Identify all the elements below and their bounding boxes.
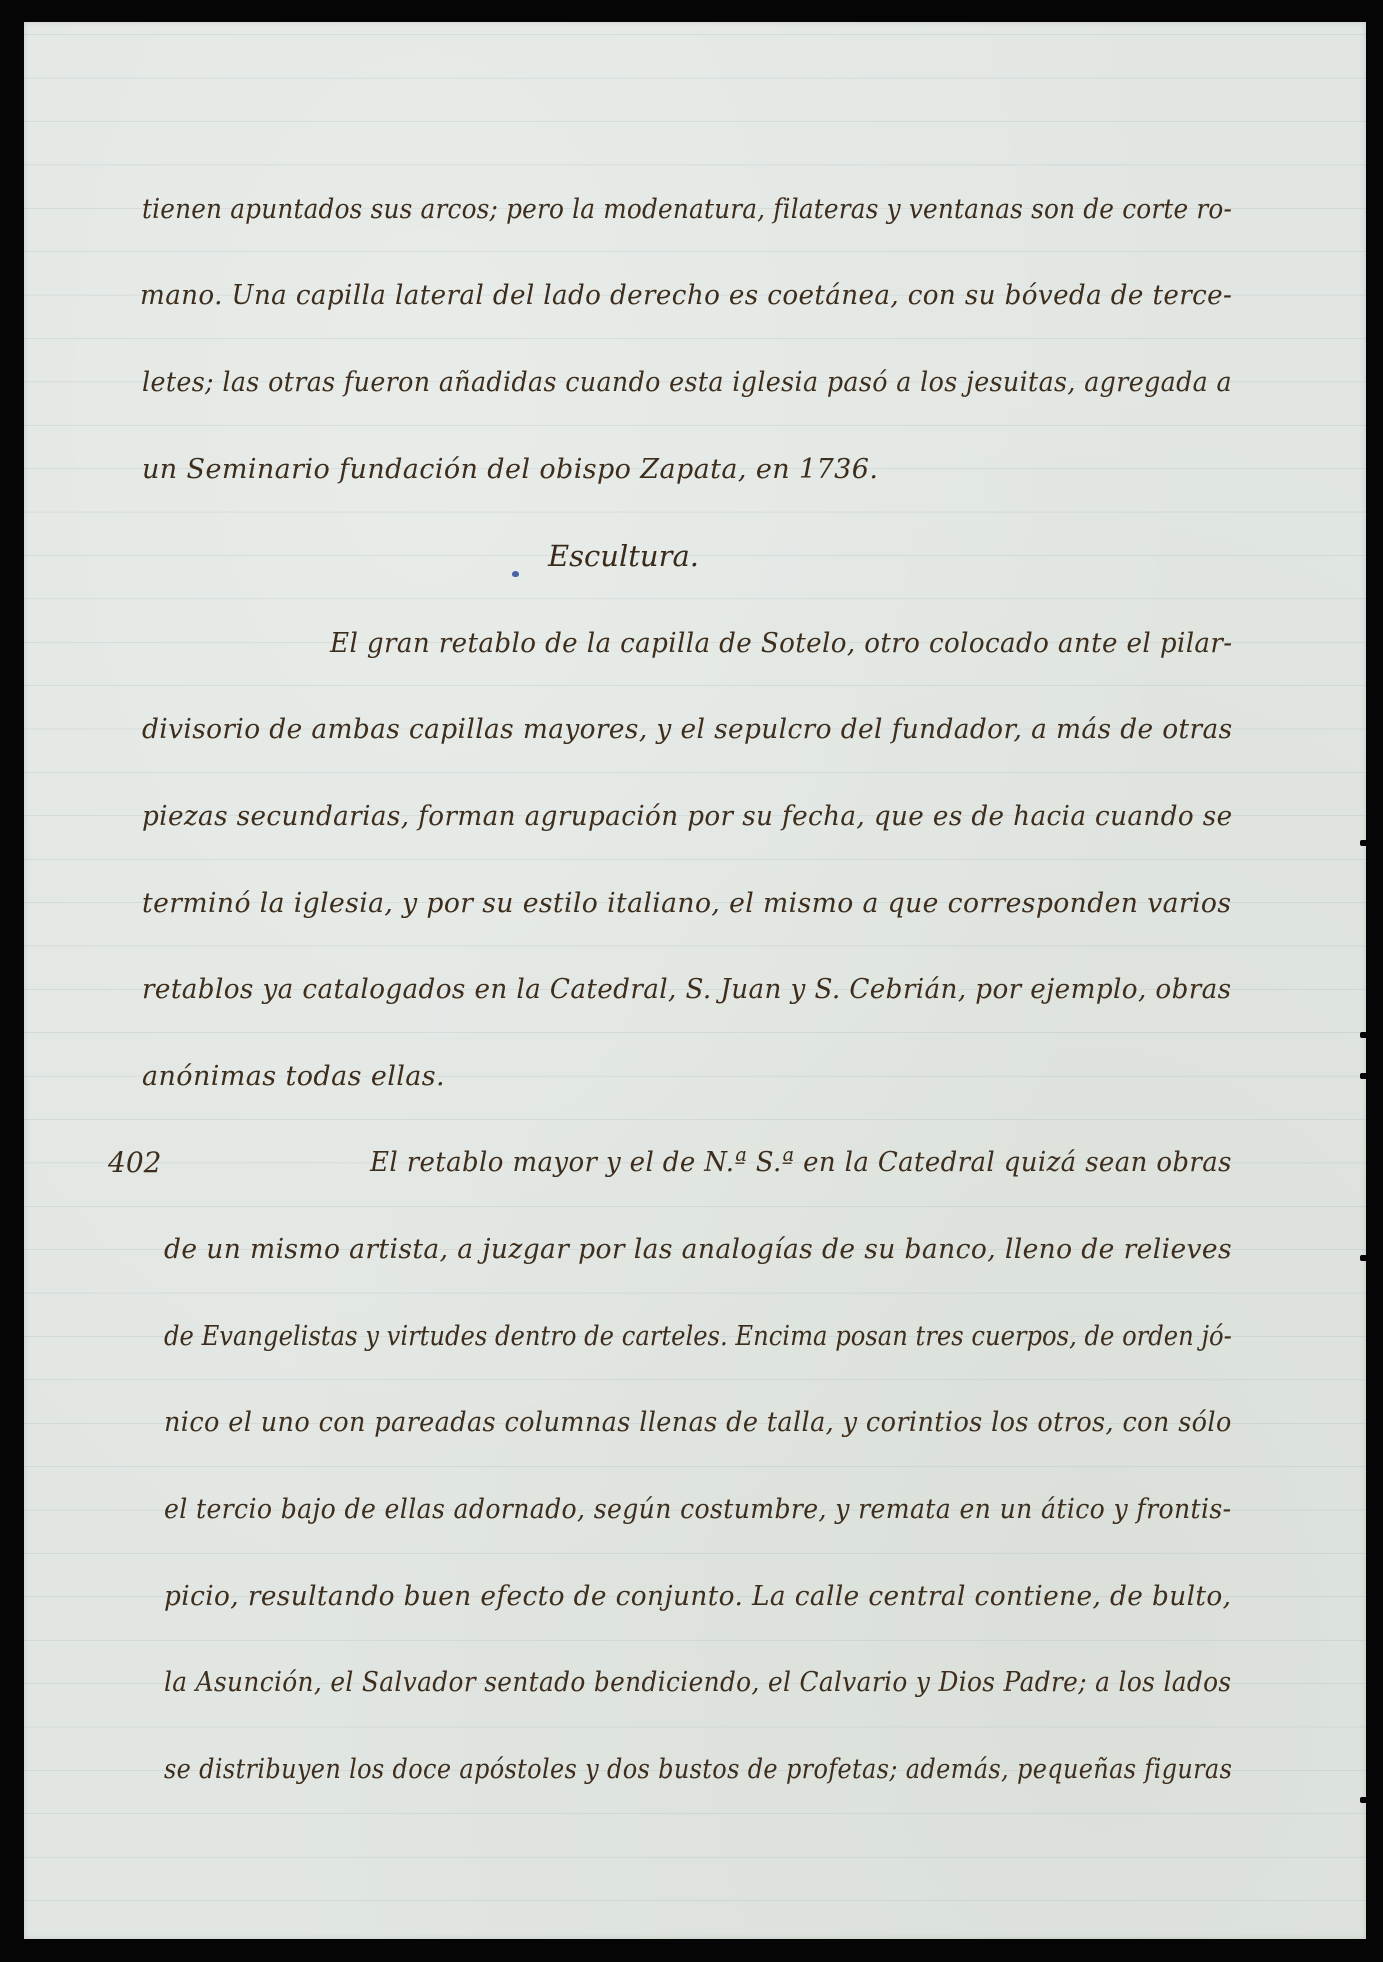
text-line: anónimas todas ellas. [142,1059,445,1095]
edge-notch [1360,1032,1369,1038]
section-heading: Escultura. [548,538,699,574]
text-line: nico el uno con pareadas columnas llenas… [164,1405,1232,1441]
edge-notch [1360,1255,1369,1261]
text-line: mano. Una capilla lateral del lado derec… [140,278,1232,314]
text-line: la Asunción, el Salvador sentado bendici… [164,1665,1232,1701]
margin-page-number: 402 [108,1145,161,1181]
text-line: un Seminario fundación del obispo Zapata… [142,452,878,488]
blue-ink-mark [512,571,519,577]
text-line: picio, resultando buen efecto de conjunt… [164,1579,1231,1615]
text-line: El gran retablo de la capilla de Sotelo,… [330,626,1233,662]
text-line: de un mismo artista, a juzgar por las an… [164,1232,1232,1268]
text-line: el tercio bajo de ellas adornado, según … [164,1492,1231,1528]
edge-notch [1360,1797,1369,1803]
text-line: tienen apuntados sus arcos; pero la mode… [142,192,1232,228]
text-line: retablos ya catalogados en la Catedral, … [142,972,1232,1008]
edge-notch [1360,1073,1369,1079]
text-line: terminó la iglesia, y por su estilo ital… [142,886,1231,922]
text-line: El retablo mayor y el de N.ª S.ª en la C… [370,1145,1232,1181]
text-line: se distribuyen los doce apóstoles y dos … [164,1752,1232,1788]
text-line: de Evangelistas y virtudes dentro de car… [164,1319,1232,1355]
edge-notch [1360,840,1369,846]
text-line: letes; las otras fueron añadidas cuando … [142,365,1232,401]
text-line: divisorio de ambas capillas mayores, y e… [142,712,1233,748]
manuscript-page: tienen apuntados sus arcos; pero la mode… [24,22,1366,1939]
text-line: piezas secundarias, forman agrupación po… [142,799,1233,835]
